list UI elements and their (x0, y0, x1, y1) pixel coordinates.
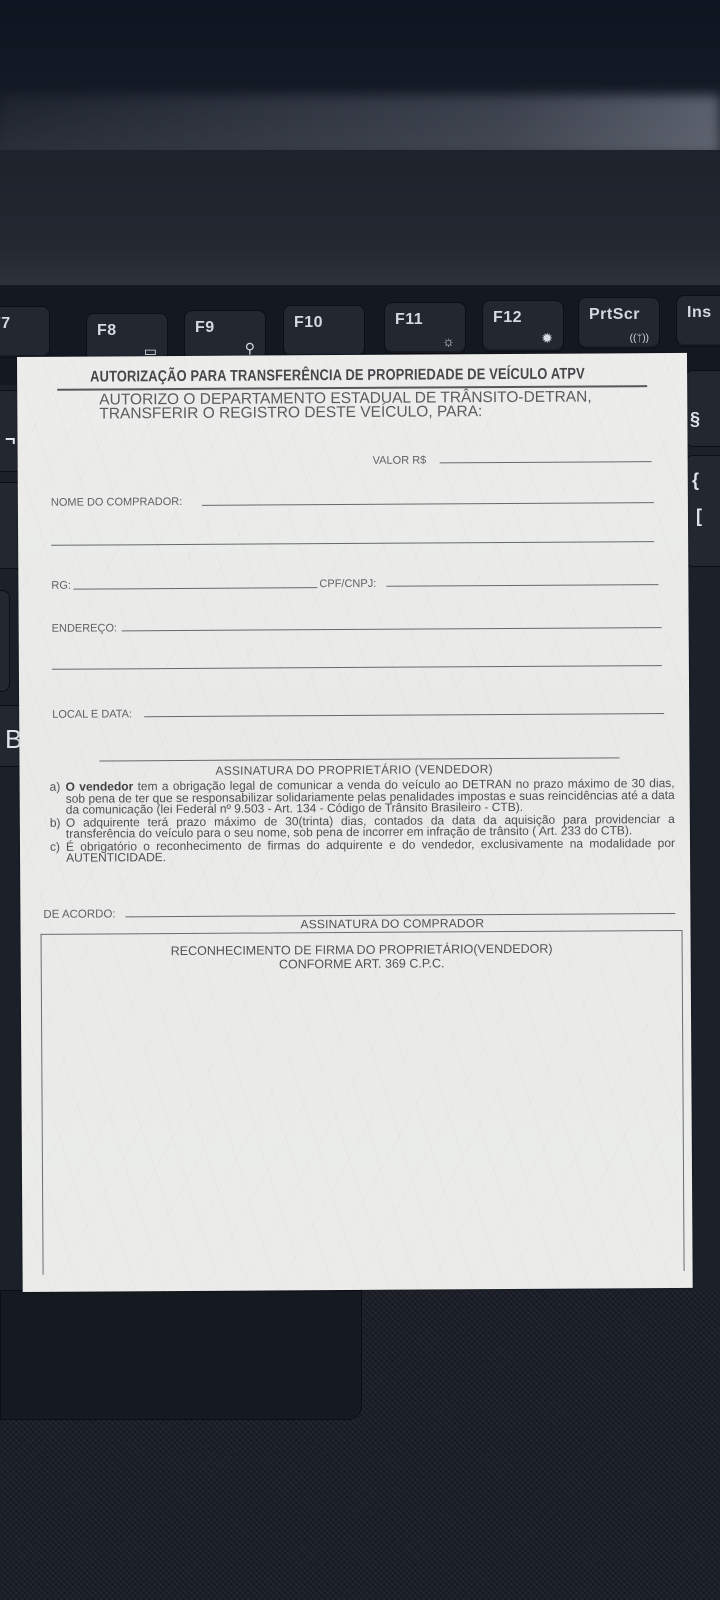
key-label: PrtScr (589, 306, 640, 324)
buyer-name-field[interactable] (202, 502, 654, 506)
rg-label: RG: (51, 580, 71, 592)
key-f9[interactable]: F9 ⚲ (184, 310, 266, 362)
buyer-name-label: NOME DO COMPRADOR: (51, 496, 182, 509)
note-letter: b) (50, 817, 61, 829)
key-label: F10 (294, 314, 323, 332)
key-section-sign[interactable]: § (685, 370, 720, 447)
seller-signature-line[interactable] (99, 757, 619, 761)
note-letter: c) (50, 841, 60, 853)
touchpad[interactable] (0, 1290, 362, 1420)
key-f7[interactable]: F7 (0, 306, 50, 358)
note-c: c) É obrigatório o reconhecimento de fir… (50, 837, 675, 864)
cpf-cnpj-label: CPF/CNPJ: (319, 578, 376, 590)
agreement-label: DE ACORDO: (43, 908, 115, 920)
bezel-reflection (0, 95, 720, 155)
key-f10[interactable]: F10 (283, 305, 365, 357)
notary-recognition-box: RECONHECIMENTO DE FIRMA DO PROPRIETÁRIO(… (41, 930, 685, 1275)
key-f12[interactable]: F12 ✹ (482, 300, 564, 352)
intro-line-2: TRANSFERIR O REGISTRO DESTE VEÍCULO, PAR… (99, 404, 591, 421)
brightness-down-icon: ☼ (442, 333, 455, 349)
rg-field[interactable] (73, 587, 317, 589)
note-text: tem a obrigação legal de comunicar a ven… (66, 776, 675, 817)
intro-text: AUTORIZO O DEPARTAMENTO ESTADUAL DE TRÂN… (99, 390, 592, 421)
key-label: Ins (687, 304, 712, 322)
place-date-label: LOCAL E DATA: (52, 708, 132, 720)
seller-signature-caption: ASSINATURA DO PROPRIETÁRIO (VENDEDOR) (215, 762, 492, 778)
atpv-form: AUTORIZAÇÃO PARA TRANSFERÊNCIA DE PROPRI… (17, 353, 693, 1292)
key-prtscr[interactable]: PrtScr ((ᛘ)) (578, 297, 660, 349)
key-label: F11 (395, 311, 423, 329)
key-label: ¬ (5, 429, 16, 450)
note-letter: a) (50, 782, 61, 794)
key-label: F9 (195, 319, 215, 337)
cpf-cnpj-field[interactable] (386, 584, 658, 587)
key-label: F12 (493, 309, 522, 327)
key-f11[interactable]: F11 ☼ (384, 302, 466, 354)
notary-box-line-2: CONFORME ART. 369 C.P.C. (42, 955, 682, 973)
note-a: a) O vendedor tem a obrigação legal de c… (50, 778, 675, 816)
address-label: ENDEREÇO: (52, 622, 117, 634)
search-icon: ⚲ (245, 340, 255, 357)
buyer-signature-caption: ASSINATURA DO COMPRADOR (300, 916, 484, 931)
address-field[interactable] (122, 627, 662, 631)
laptop-deck (0, 150, 720, 290)
key-label: § (690, 409, 700, 430)
valor-label: VALOR R$ (373, 455, 427, 467)
key-brace[interactable]: { [ (685, 455, 720, 567)
key-label: F7 (0, 315, 11, 333)
key-insert[interactable]: Ins (676, 295, 720, 347)
key-left-partial[interactable] (0, 590, 10, 692)
note-text: É obrigatório o reconhecimento de firmas… (66, 835, 675, 864)
key-label: F8 (97, 322, 117, 340)
address-field-line-2[interactable] (52, 665, 662, 670)
buyer-name-field-line-2[interactable] (51, 541, 654, 546)
place-date-field[interactable] (144, 713, 664, 717)
form-title: AUTORIZAÇÃO PARA TRANSFERÊNCIA DE PROPRI… (90, 366, 585, 387)
legal-notes: a) O vendedor tem a obrigação legal de c… (50, 778, 675, 865)
key-label: [ (696, 506, 702, 527)
brightness-up-icon: ✹ (541, 330, 553, 347)
key-label: { (692, 470, 699, 491)
valor-field[interactable] (440, 461, 652, 463)
wireless-antenna-icon: ((ᛘ)) (630, 333, 649, 344)
